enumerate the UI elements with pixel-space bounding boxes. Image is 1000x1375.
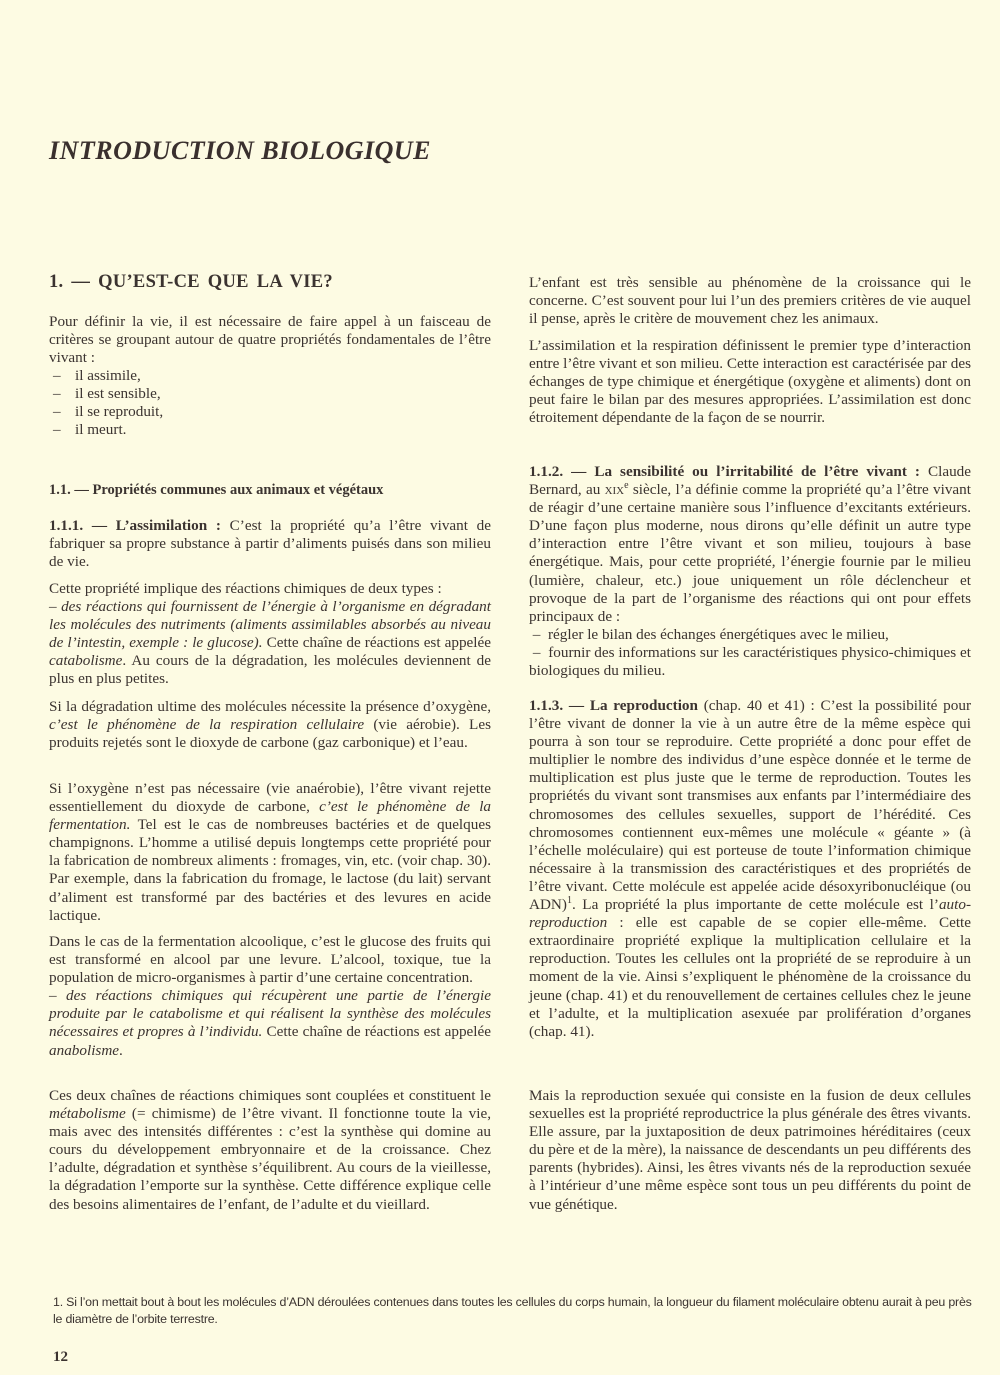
footnote: 1. Si l’on mettait bout à bout les moléc… bbox=[53, 1294, 978, 1328]
assimilation-paragraph: 1.1.1. — L’assimilation : C’est la propr… bbox=[49, 517, 491, 571]
reproduction-sexuee-paragraph: Mais la reproduction sexuée qui consiste… bbox=[529, 1087, 971, 1214]
interaction-paragraph: L’assimilation et la respiration définis… bbox=[529, 337, 971, 427]
alcool-paragraph: Dans le cas de la fermentation alcooliqu… bbox=[49, 933, 491, 1060]
subsection-heading-1-1-3: 1.1.3. — La reproduction bbox=[529, 697, 698, 714]
list-item: –il est sensible, bbox=[49, 385, 491, 403]
intro-paragraph: Pour définir la vie, il est nécessaire d… bbox=[49, 313, 491, 367]
subsection-heading-1-1-2: 1.1.2. — La sensibilité ou l’irritabilit… bbox=[529, 463, 920, 480]
subsection-heading-1-1-1: 1.1.1. — L’assimilation : bbox=[49, 517, 221, 534]
list-item: –il meurt. bbox=[49, 421, 491, 439]
list-item: – régler le bilan des échanges énergétiq… bbox=[529, 626, 889, 643]
reproduction-paragraph: 1.1.3. — La reproduction (chap. 40 et 41… bbox=[529, 697, 971, 1041]
list-item: –il assimile, bbox=[49, 367, 491, 385]
enfant-paragraph: L’enfant est très sensible au phénomène … bbox=[529, 274, 971, 328]
respiration-paragraph: Si la dégradation ultime des molécules n… bbox=[49, 698, 491, 752]
sensibilite-paragraph: 1.1.2. — La sensibilité ou l’irritabilit… bbox=[529, 463, 971, 680]
section-heading-1-1: 1.1. — Propriétés communes aux animaux e… bbox=[49, 482, 491, 499]
reaction-types-paragraph: Cette propriété implique des réactions c… bbox=[49, 580, 491, 689]
list-item: – fournir des informations sur les carac… bbox=[529, 644, 971, 679]
properties-list: –il assimile, –il est sensible, –il se r… bbox=[49, 367, 491, 439]
section-heading-1: 1. — QU’EST-CE QUE LA VIE? bbox=[49, 272, 491, 293]
page-title: INTRODUCTION BIOLOGIQUE bbox=[49, 136, 431, 166]
metabolisme-paragraph: Ces deux chaînes de réactions chimiques … bbox=[49, 1087, 491, 1214]
list-item: –il se reproduit, bbox=[49, 403, 491, 421]
fermentation-paragraph: Si l’oxygène n’est pas nécessaire (vie a… bbox=[49, 780, 491, 925]
page-number: 12 bbox=[53, 1348, 68, 1366]
